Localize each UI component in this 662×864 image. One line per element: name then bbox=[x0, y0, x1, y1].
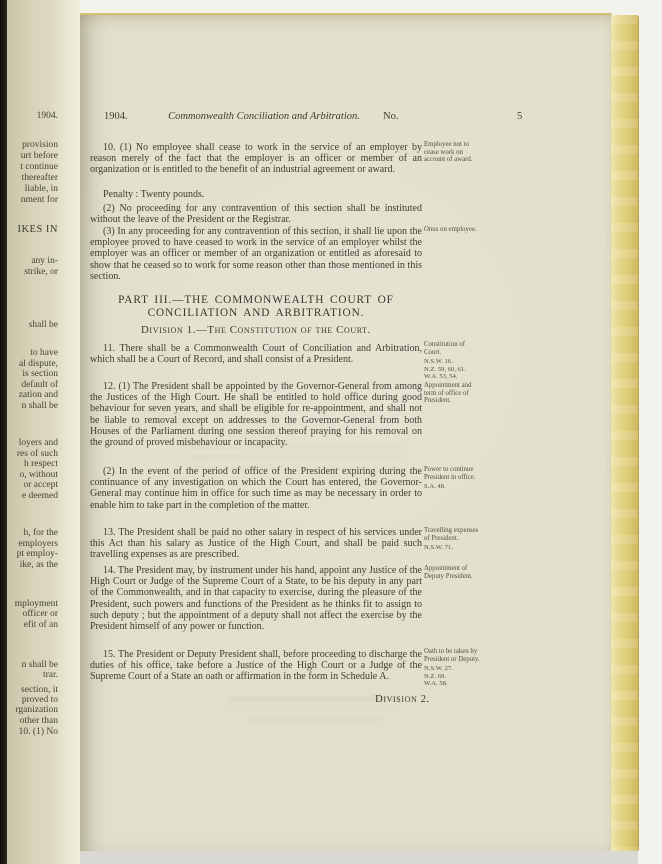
facing-page-edge: 1904.provisionurt beforet continuetherea… bbox=[7, 0, 80, 864]
penalty-line: Penalty : Twenty pounds. bbox=[90, 189, 422, 200]
margin-note-citations: N.S.W. 27. N.Z. 69. W.A. 58. bbox=[424, 665, 482, 687]
margin-note-label: Travelling expenses of President. bbox=[424, 527, 478, 542]
margin-note-label: Onus on employee. bbox=[424, 226, 477, 233]
section-11: 11. There shall be a Commonwealth Court … bbox=[90, 343, 422, 365]
margin-note-label: Appointment of Deputy President. bbox=[424, 565, 473, 580]
section-10-2: (2) No proceeding for any contravention … bbox=[90, 203, 422, 225]
left-page-text-fragment: h, for the bbox=[7, 528, 80, 538]
left-page-text-fragment: other than bbox=[7, 716, 80, 726]
margin-note: Travelling expenses of President.N.S.W. … bbox=[424, 527, 482, 552]
left-page-text-fragment: trar. bbox=[7, 670, 80, 680]
margin-note: Power to continue President in office.S.… bbox=[424, 466, 482, 491]
left-page-text-fragment: e deemed bbox=[7, 491, 80, 501]
left-page-text-fragment: nment for bbox=[7, 195, 80, 205]
left-page-text-fragment: efit of an bbox=[7, 620, 80, 630]
left-page-text-fragment: n shall be bbox=[7, 660, 80, 670]
section-12-2: (2) In the event of the period of office… bbox=[90, 466, 422, 511]
left-page-text-fragment: loyers and bbox=[7, 438, 80, 448]
left-page-text-fragment: employers bbox=[7, 539, 80, 549]
margin-note-citations: N.S.W. 71. bbox=[424, 544, 482, 551]
book-page-scan: 1904.provisionurt beforet continuetherea… bbox=[0, 0, 662, 864]
left-page-text-fragment: 1904. bbox=[7, 111, 80, 121]
margin-note-label: Constitution of Court. bbox=[424, 341, 465, 356]
left-page-text-fragment: res of such bbox=[7, 449, 80, 459]
section-12-1: 12. (1) The President shall be appointed… bbox=[90, 381, 422, 448]
left-page-text-fragment: t continue bbox=[7, 162, 80, 172]
left-page-text-fragment: section, it bbox=[7, 685, 80, 695]
left-page-text-fragment: any in- bbox=[7, 256, 80, 266]
page-fore-edge bbox=[611, 15, 639, 852]
left-page-text-fragment: n shall be bbox=[7, 401, 80, 411]
section-10-3: (3) In any proceeding for any contravent… bbox=[90, 226, 422, 282]
body-text-column: 10. (1) No employee shall cease to work … bbox=[90, 0, 422, 864]
left-page-text-fragment: is section bbox=[7, 369, 80, 379]
left-page-text-fragment: provision bbox=[7, 140, 80, 150]
left-page-text-fragment: mployment bbox=[7, 599, 80, 609]
left-page-text-fragment: pt employ- bbox=[7, 549, 80, 559]
left-page-text-fragment: to have bbox=[7, 348, 80, 358]
left-page-text-fragment: default of bbox=[7, 380, 80, 390]
left-page-text-fragment: proved to bbox=[7, 695, 80, 705]
margin-note: Onus on employee. bbox=[424, 226, 482, 234]
margin-note-label: Oath to be taken by President or Deputy. bbox=[424, 648, 480, 663]
left-page-text-fragment: liable, in bbox=[7, 184, 80, 194]
margin-note: Employee not to cease work on account of… bbox=[424, 141, 482, 164]
left-page-text-fragment: or accept bbox=[7, 480, 80, 490]
left-page-text-fragment: officer or bbox=[7, 609, 80, 619]
margin-note-label: Power to continue President in office. bbox=[424, 466, 475, 481]
margin-note-label: Employee not to cease work on account of… bbox=[424, 141, 473, 163]
left-page-text-fragment: 10. (1) No bbox=[7, 727, 80, 737]
section-10-1: 10. (1) No employee shall cease to work … bbox=[90, 142, 422, 176]
book-spine-shadow bbox=[0, 0, 7, 864]
left-page-text-fragment: ike, as the bbox=[7, 560, 80, 570]
left-page-text-fragment: urt before bbox=[7, 151, 80, 161]
section-15: 15. The President or Deputy President sh… bbox=[90, 649, 422, 683]
margin-note: Oath to be taken by President or Deputy.… bbox=[424, 648, 482, 687]
margin-note-label: Appointment and term of office of Presid… bbox=[424, 382, 471, 404]
left-page-text-fragment: strike, or bbox=[7, 267, 80, 277]
left-page-text-fragment: rganization bbox=[7, 705, 80, 715]
margin-notes-column: Employee not to cease work on account of… bbox=[424, 0, 482, 864]
left-page-text-fragment: shall be bbox=[7, 320, 80, 330]
division-2-label: Division 2. bbox=[90, 694, 422, 705]
left-page-text-fragment: IKES IN bbox=[7, 225, 80, 235]
margin-note: Appointment of Deputy President. bbox=[424, 565, 482, 580]
margin-note-citations: N.S.W. 16. N.Z. 59, 60, 61. W.A. 53, 54. bbox=[424, 358, 482, 380]
division-1-heading: Division 1.—The Constitution of the Cour… bbox=[90, 325, 422, 336]
section-14: 14. The President may, by instrument und… bbox=[90, 565, 422, 632]
left-page-text-fragment: o, without bbox=[7, 470, 80, 480]
left-page-text-fragment: al dispute, bbox=[7, 359, 80, 369]
left-page-text-fragment: zation and bbox=[7, 390, 80, 400]
margin-note-citations: S.A. 48. bbox=[424, 483, 482, 490]
left-page-text-fragment: thereafter bbox=[7, 173, 80, 183]
part-iii-heading: PART III.—THE COMMONWEALTH COURT OF CONC… bbox=[90, 294, 422, 320]
section-13: 13. The President shall be paid no other… bbox=[90, 527, 422, 561]
margin-note: Appointment and term of office of Presid… bbox=[424, 382, 482, 405]
margin-note: Constitution of Court.N.S.W. 16. N.Z. 59… bbox=[424, 341, 482, 380]
page-number: 5 bbox=[517, 111, 522, 122]
left-page-text-fragment: h respect bbox=[7, 459, 80, 469]
